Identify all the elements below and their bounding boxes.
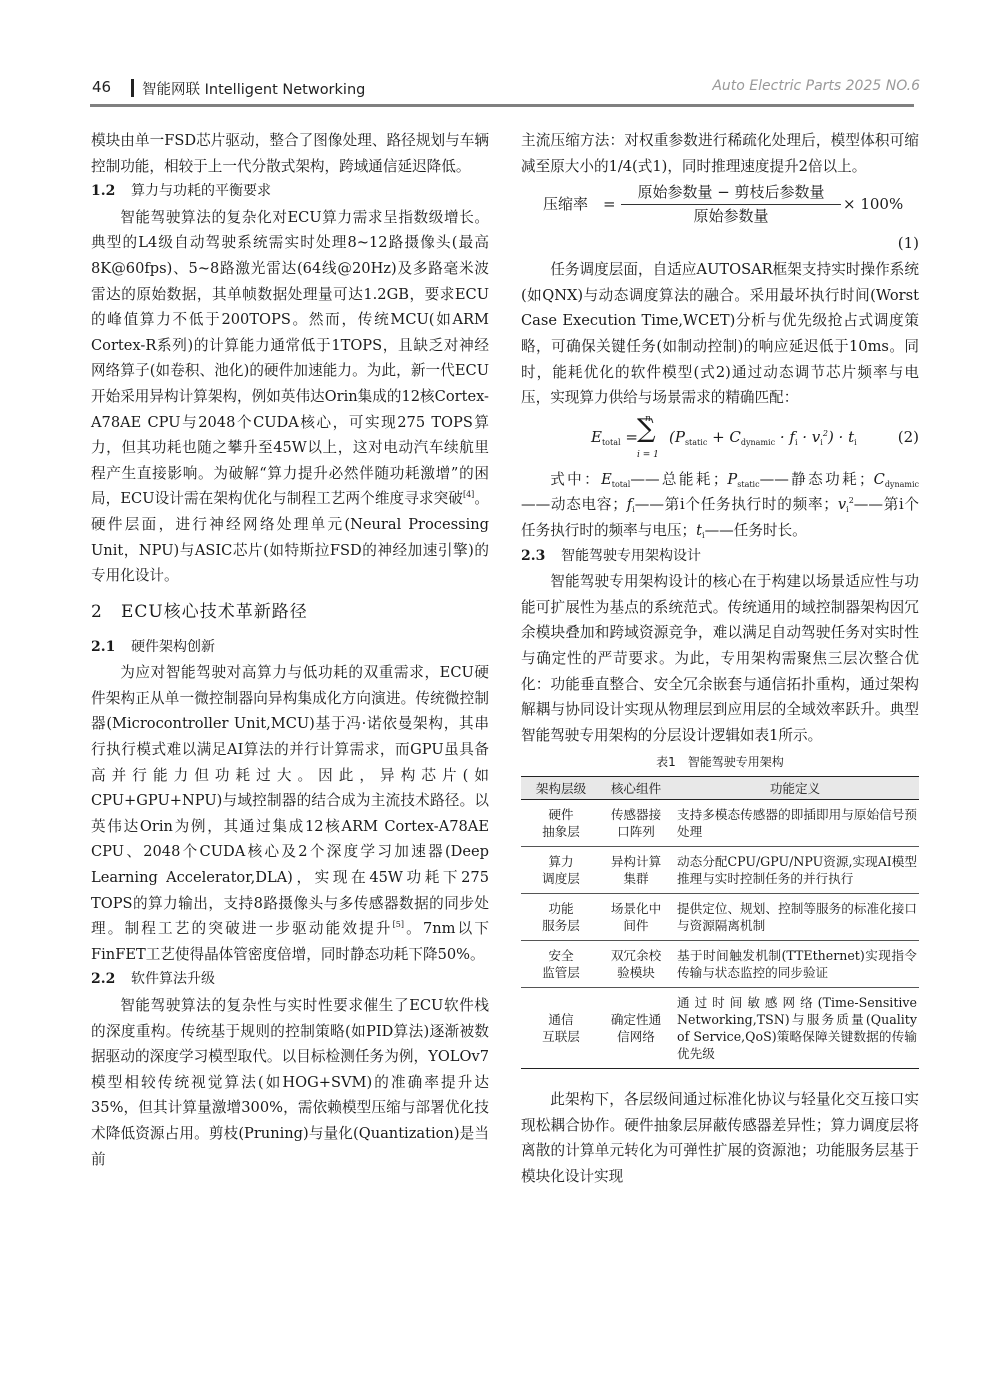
subscript: total [612,480,631,489]
left-column: 模块由单一FSD芯片驱动，整合了图像处理、路径规划与车辆控制功能，相较于上一代分… [91,128,489,1172]
equation-legend: 式中：Etotal——总能耗；Pstatic——静态功耗；Cdynamic——动… [521,467,919,544]
subscript: total [602,438,621,447]
variable: v [838,496,846,513]
equation-lhs: 压缩率 [543,192,588,218]
paragraph-coupling: 此架构下，各层级间通过标准化协议与轻量化交互接口实现松耦合协作。硬件抽象层屏蔽传… [521,1087,919,1189]
paragraph-compute-power: 智能驾驶算法的复杂化对ECU算力需求呈指数级增长。典型的L4级自动驾驶系统需实时… [91,205,489,589]
equals-sign: = [603,192,616,218]
paragraph-software: 智能驾驶算法的复杂性与实时性要求催生了ECU软件栈的深度重构。传统基于规则的控制… [91,993,489,1172]
section-title: ECU核心技术革新路径 [121,602,308,622]
running-header: 46 智能网联 Intelligent Networking Auto Elec… [88,76,924,104]
paragraph-hardware: 为应对智能驾驶对高算力与低功耗的双重需求，ECU硬件架构正从单一微控制器向异构集… [91,660,489,967]
section-number: 2.2 [91,967,131,993]
subscript: static [685,438,707,447]
table-row: 算力 调度层 异构计算 集群 动态分配CPU/GPU/NPU资源,实现AI模型推… [521,847,919,894]
table-cell-component: 传感器接 口阵列 [601,800,671,847]
equation-rhs: (Pstatic + Cdynamic · fi · vi2) · ti [669,425,857,451]
table-cell-layer: 硬件 抽象层 [521,800,601,847]
table-cell-definition: 通过时间敏感网络(Time-Sensitive Networking,TSN)与… [671,988,919,1069]
table-row: 功能 服务层 场景化中 间件 提供定位、规划、控制等服务的标准化接口与资源隔离机… [521,894,919,941]
equation-2: Etotal = n ∑ i = 1 (Pstatic + Cdynamic ·… [521,411,919,467]
table-cell-definition: 动态分配CPU/GPU/NPU资源,实现AI模型推理与实时控制任务的并行执行 [671,847,919,894]
variable: P [727,471,737,488]
table-cell-layer: 算力 调度层 [521,847,601,894]
subscript: static [737,480,759,489]
subscript: dynamic [885,480,919,489]
table-cell-component: 场景化中 间件 [601,894,671,941]
section-title: 智能驾驶专用架构设计 [561,548,701,564]
term: + C [707,428,741,446]
section-heading-2-1: 2.1硬件架构创新 [91,635,489,661]
term: (P [669,428,685,446]
section-number: 2 [91,599,121,625]
table-row: 安全 监管层 双冗余校 验模块 基于时间触发机制(TTEthernet)实现指令… [521,941,919,988]
journal-title: 智能网联 Intelligent Networking [142,78,365,99]
paragraph-compression: 主流压缩方法：对权重参数进行稀疏化处理后，模型体积可缩减至原大小的1/4(式1)… [521,128,919,179]
header-divider-bar [131,79,134,97]
equation-tag: (1) [898,231,919,257]
table-header-cell: 核心组件 [601,777,671,800]
table-cell-component: 异构计算 集群 [601,847,671,894]
table-row: 通信 互联层 确定性通 信网络 通过时间敏感网络(Time-Sensitive … [521,988,919,1069]
paragraph-continued: 模块由单一FSD芯片驱动，整合了图像处理、路径规划与车辆控制功能，相较于上一代分… [91,128,489,179]
section-title: 软件算法升级 [131,971,215,987]
section-heading-2-3: 2.3智能驾驶专用架构设计 [521,544,919,570]
issue-label: Auto Electric Parts 2025 NO.6 [712,78,920,94]
section-number: 1.2 [91,179,131,205]
section-heading-2-2: 2.2软件算法升级 [91,967,489,993]
table-cell-layer: 通信 互联层 [521,988,601,1069]
subscript: i [846,505,849,514]
table-header-cell: 架构层级 [521,777,601,800]
definition: ——任务时长。 [705,522,807,539]
definition: ——静态功耗； [760,471,874,488]
section-title: 硬件架构创新 [131,639,215,655]
term: · v [798,428,821,446]
header-rule [90,104,914,107]
table-architecture: 架构层级 核心组件 功能定义 硬件 抽象层 传感器接 口阵列 支持多模态传感器的… [521,776,919,1069]
variable: E [601,471,612,488]
fraction: 原始参数量 − 剪枝后参数量 原始参数量 [621,181,841,227]
times-percent: × 100% [843,192,903,218]
page-number: 46 [92,78,111,96]
table-cell-component: 双冗余校 验模块 [601,941,671,988]
table-cell-layer: 功能 服务层 [521,894,601,941]
equals-sign: = [625,428,638,446]
paragraph-text: 为应对智能驾驶对高算力与低功耗的双重需求，ECU硬件架构正从单一微控制器向异构集… [91,664,489,937]
subscript: i [854,438,857,447]
table-cell-layer: 安全 监管层 [521,941,601,988]
sum-lower-limit: i = 1 [637,443,659,469]
citation-ref: [4] [463,490,474,499]
sum-symbol: ∑ [637,415,656,443]
equation-1: 压缩率 = 原始参数量 − 剪枝后参数量 原始参数量 × 100% (1) [521,181,919,257]
subscript: i [820,438,823,447]
right-column: 主流压缩方法：对权重参数进行稀疏化处理后，模型体积可缩减至原大小的1/4(式1)… [521,128,919,1190]
definition: ——第i个任务执行时的频率； [635,496,838,513]
variable: C [874,471,885,488]
table-row: 硬件 抽象层 传感器接 口阵列 支持多模态传感器的即插即用与原始信号预处理 [521,800,919,847]
fraction-denominator: 原始参数量 [621,205,841,227]
fraction-numerator: 原始参数量 − 剪枝后参数量 [621,181,841,205]
section-heading-2: 2ECU核心技术革新路径 [91,599,489,625]
definition: ——动态电容； [521,496,627,513]
subscript: dynamic [741,438,775,447]
variable: E [591,428,602,446]
table-cell-definition: 支持多模态传感器的即插即用与原始信号预处理 [671,800,919,847]
table-cell-component: 确定性通 信网络 [601,988,671,1069]
section-title: 算力与功耗的平衡要求 [131,183,271,199]
section-heading-1-2: 1.2算力与功耗的平衡要求 [91,179,489,205]
paragraph-text: 智能驾驶算法的复杂化对ECU算力需求呈指数级增长。典型的L4级自动驾驶系统需实时… [91,209,489,508]
table-cell-definition: 基于时间触发机制(TTEthernet)实现指令传输与状态监控的同步验证 [671,941,919,988]
section-number: 2.1 [91,635,131,661]
legend-lead: 式中： [550,471,601,488]
table-header-row: 架构层级 核心组件 功能定义 [521,777,919,800]
citation-ref: [5] [393,920,404,929]
section-number: 2.3 [521,544,561,570]
table-header-cell: 功能定义 [671,777,919,800]
equation-tag: (2) [898,425,919,451]
paragraph-scheduling: 任务调度层面，自适应AUTOSAR框架支持实时操作系统(如QNX)与动态调度算法… [521,257,919,411]
table-caption: 表1 智能驾驶专用架构 [521,752,919,772]
definition: ——总能耗； [630,471,727,488]
table-cell-definition: 提供定位、规划、控制等服务的标准化接口与资源隔离机制 [671,894,919,941]
equation-lhs: Etotal = [591,425,638,451]
paragraph-architecture: 智能驾驶专用架构设计的核心在于构建以场景适应性与功能可扩展性为基点的系统范式。传… [521,569,919,748]
term: · f [775,428,795,446]
term: ) · t [828,428,854,446]
